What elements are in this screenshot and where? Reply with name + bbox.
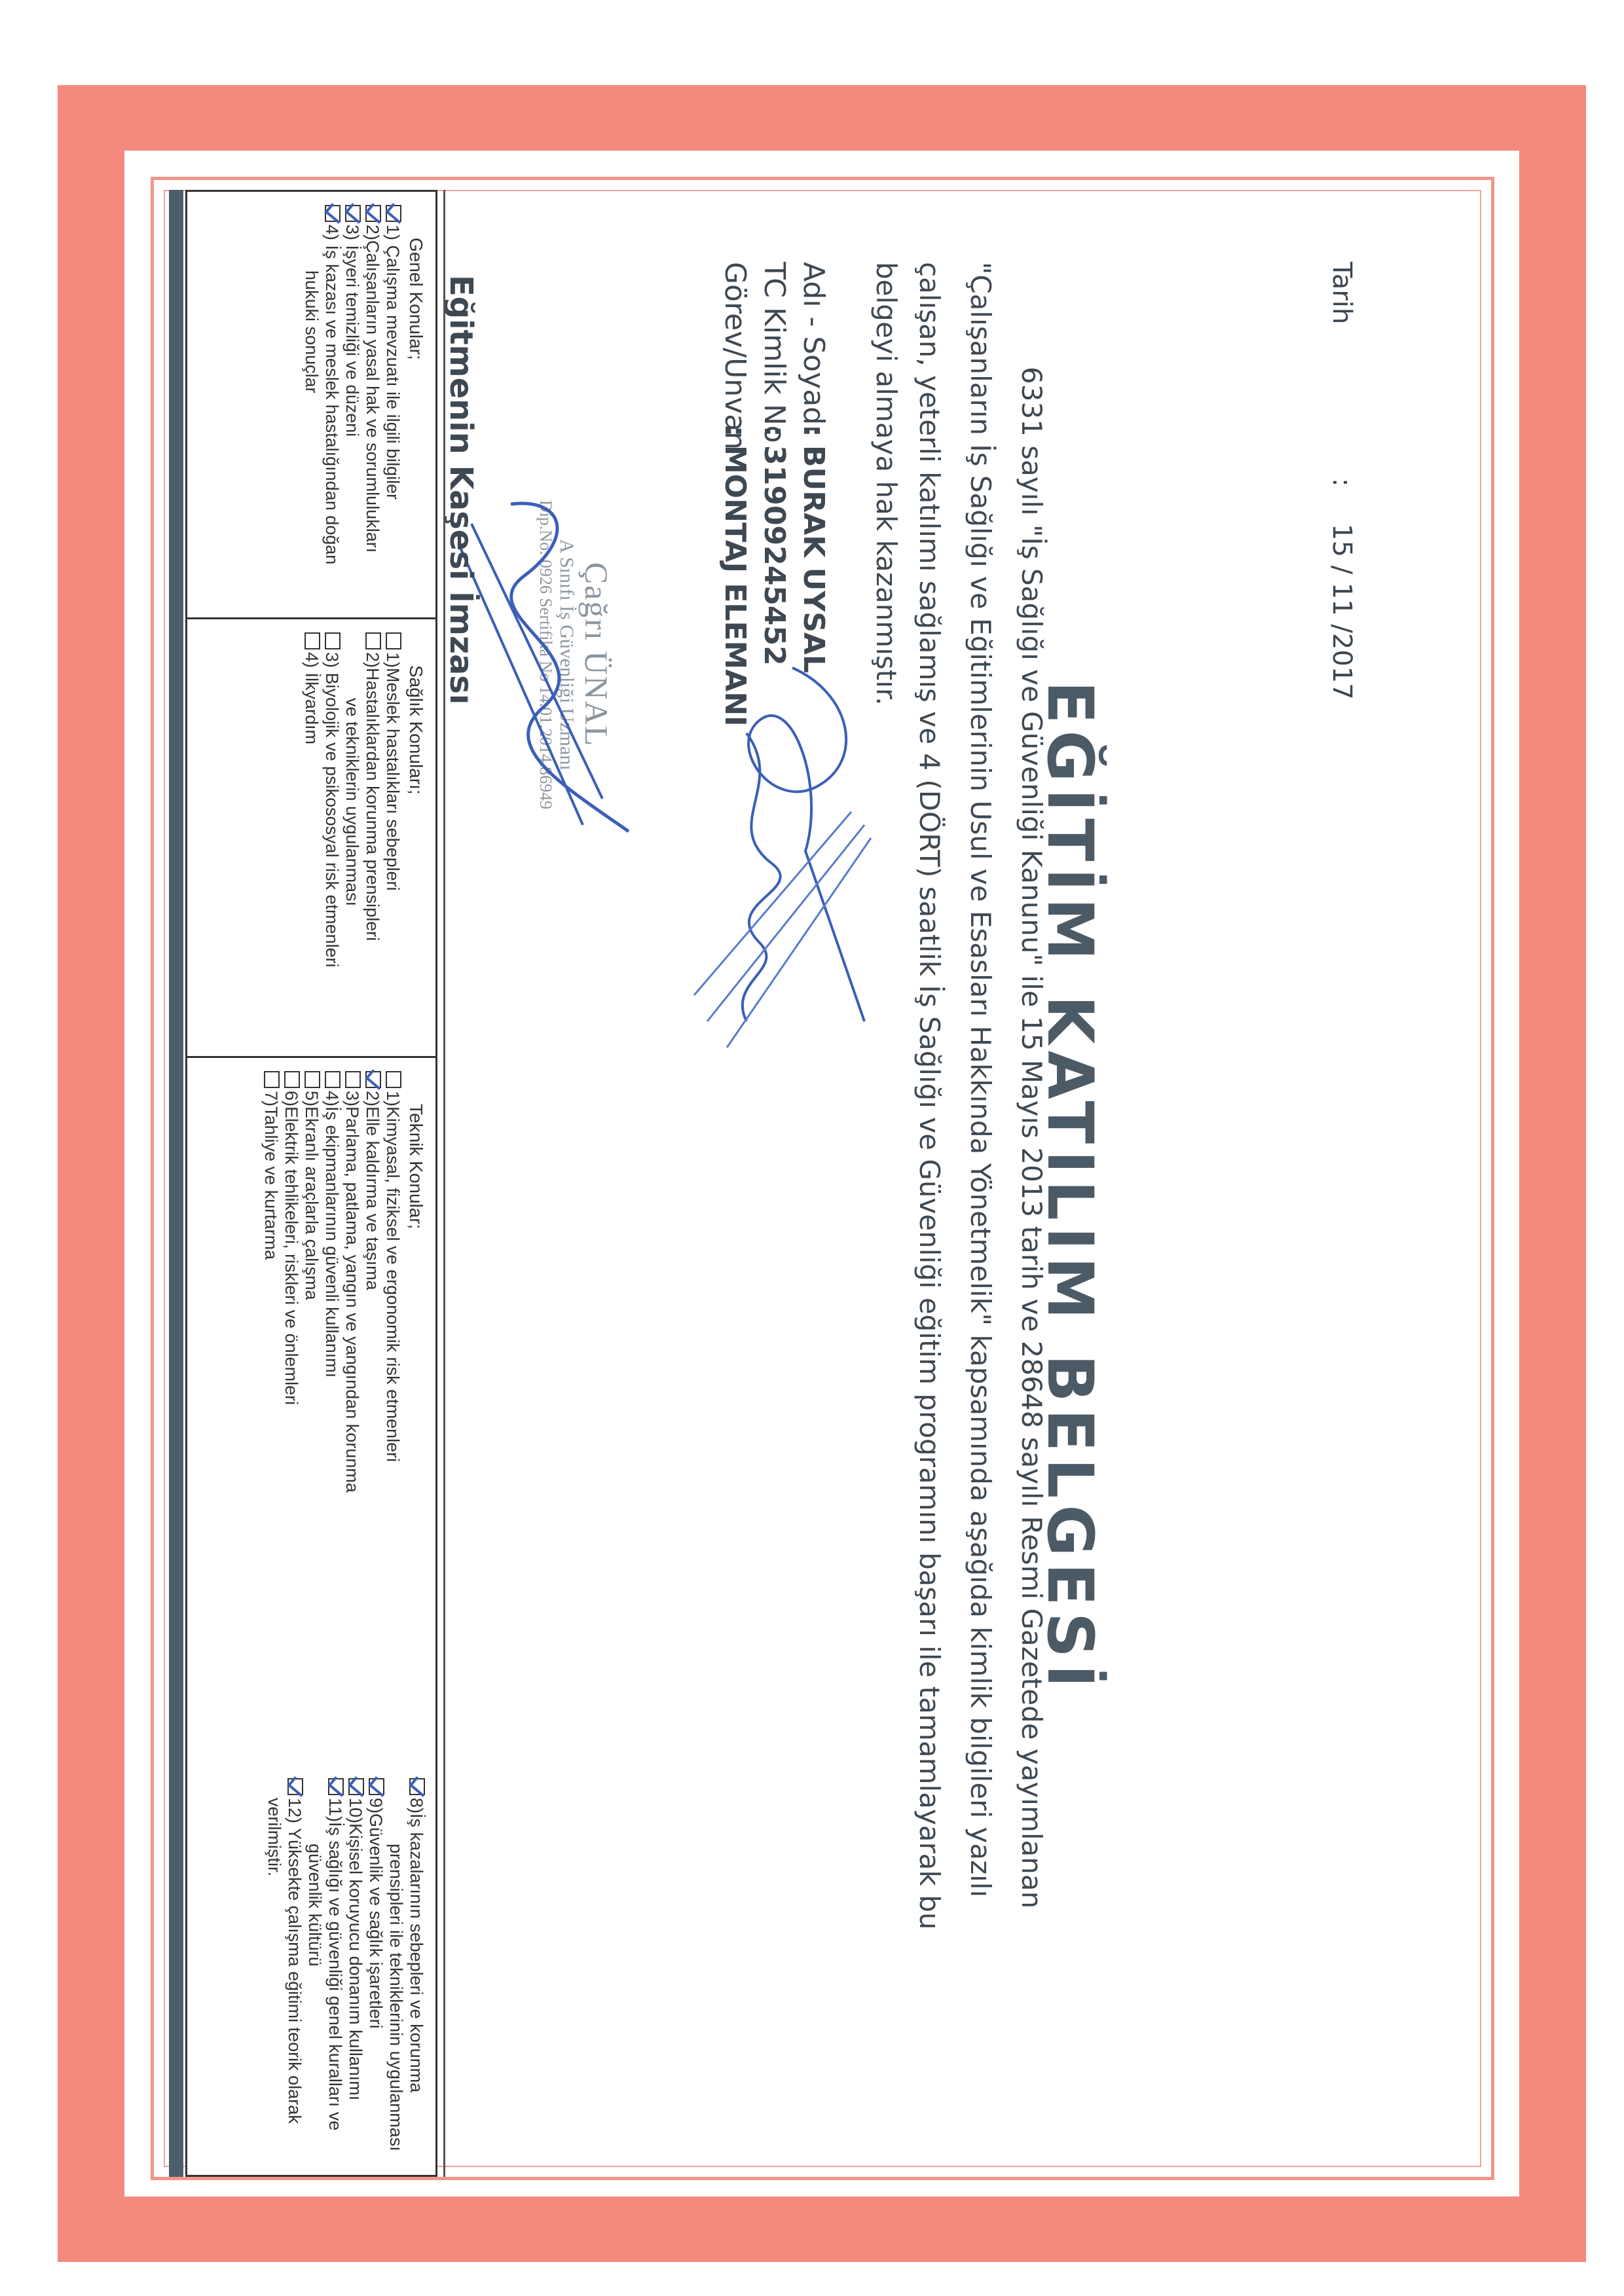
topic-label: 2)Elle kaldırma ve taşıma <box>362 1091 382 1290</box>
topic-label: 2)Hastalıklardan korunma prensipleri <box>362 652 382 941</box>
topic-label: 12) Yüksekte çalışma eğitimi teorik olar… <box>264 1798 304 2171</box>
general-topic-item: 2)Çalışanların yasal hak ve sorumlulukla… <box>362 205 382 604</box>
participant-role-row: Görev/Unvan:MONTAJ ELEMANI <box>718 262 752 727</box>
topic-label: 1)Kimyasal, fiziksel ve ergonomik risk e… <box>382 1091 403 1462</box>
table-top-rule <box>443 190 445 2177</box>
checkbox[interactable] <box>264 1071 280 1088</box>
technical-topic-item: 6)Elektrik tehlikeleri, riskleri ve önle… <box>281 1071 301 1765</box>
body-line-4: belgeyi almaya hak kazanmıştır. <box>870 262 902 2160</box>
checkbox[interactable] <box>304 632 320 649</box>
technical-topic-item: 10)Kişisel koruyucu donanım kullanımı <box>345 1778 365 2171</box>
checkbox[interactable] <box>345 1071 361 1088</box>
participant-id-row: TC Kimlik No:31909245452 <box>758 262 791 666</box>
date-colon: : <box>1327 478 1357 486</box>
general-topics-column: Genel Konular; 1) Çalışma mevzuatı ile i… <box>187 192 435 617</box>
checkbox[interactable] <box>365 1071 381 1088</box>
stamp-name: Çağrı ÜNAL <box>578 471 616 838</box>
topic-label: 8)İş kazalarının sebepleri ve korunma <box>406 1798 426 2092</box>
topic-label-continued: hukuki sonuçlar <box>301 205 322 604</box>
topic-label: 4) İş kazası ve meslek hastalığından doğ… <box>322 225 342 564</box>
table-bottom-bar <box>169 190 183 2177</box>
stamp-title: A Sınıfı İş Güvenliği Uzmanı <box>555 471 578 838</box>
id-value: 31909245452 <box>758 445 791 666</box>
technical-topics-heading: Teknik Konular; <box>405 1104 426 1765</box>
general-topics-heading: Genel Konular; <box>405 238 426 604</box>
topic-label: 3)Parlama, patlama, yangın ve yangından … <box>342 1091 362 1493</box>
checkbox[interactable] <box>348 1778 364 1795</box>
topic-label: 4) İlkyardım <box>301 652 322 744</box>
topic-label-continued: ve tekniklerin uygulanması <box>342 632 362 1043</box>
technical-topic-item: 12) Yüksekte çalışma eğitimi teorik olar… <box>264 1778 304 2171</box>
technical-topic-item: 7)Tahliye ve kurtarma <box>261 1071 281 1765</box>
technical-topic-item: 9)Güvenlik ve sağlık işaretleri <box>365 1778 386 2171</box>
topic-label: 4)İş ekipmanlarının güvenli kullanımı <box>322 1091 342 1377</box>
topic-label: 6)Elektrik tehlikeleri, riskleri ve önle… <box>281 1091 301 1405</box>
topic-label: 3) İşyeri temizliği ve düzeni <box>342 225 362 437</box>
role-label: Görev/Unvan <box>718 262 752 426</box>
checkbox[interactable] <box>365 632 381 649</box>
technical-topic-item: 11)İş sağlığı ve güvenliği genel kuralla… <box>325 1778 345 2171</box>
topic-label: 7)Tahliye ve kurtarma <box>261 1091 281 1260</box>
technical-topic-item: 3)Parlama, patlama, yangın ve yangından … <box>342 1071 362 1765</box>
health-topic-item: 4) İlkyardım <box>301 632 322 1043</box>
name-label: Adı - Soyadı <box>797 262 830 426</box>
role-value: MONTAJ ELEMANI <box>718 445 752 727</box>
checkbox[interactable] <box>345 205 361 222</box>
checkbox[interactable] <box>325 632 341 649</box>
health-topics-column: Sağlık Konuları; 1)Meslek hastalıkları s… <box>187 617 435 1056</box>
health-topics-heading: Sağlık Konuları; <box>405 665 426 1043</box>
topic-label: 11)İş sağlığı ve güvenliği genel kuralla… <box>325 1798 345 2130</box>
body-line-1: 6331 sayılı "İş Sağlığı ve Güvenliği Kan… <box>1016 367 1048 2265</box>
topic-label: 1)Meslek hastalıkları sebepleri <box>382 652 403 891</box>
topic-label: 2)Çalışanların yasal hak ve sorumlulukla… <box>362 225 382 553</box>
checkbox[interactable] <box>365 205 381 222</box>
topic-label-continued: güvenlik kültürü <box>304 1778 325 2171</box>
checkbox[interactable] <box>325 205 341 222</box>
topic-label-continued: prensipleri ile tekniklerinin uygulanmas… <box>386 1778 406 2171</box>
topic-label: 1) Çalışma mevzuatı ile ilgili bilgiler <box>382 225 403 500</box>
checkbox[interactable] <box>386 1071 401 1088</box>
technical-topics-column: Teknik Konular; 1)Kimyasal, fiziksel ve … <box>187 1056 435 2177</box>
name-value: BURAK UYSAL <box>797 445 830 673</box>
technical-topic-item: 5)Ekranlı araçlarla çalışma <box>301 1071 322 1765</box>
checkbox[interactable] <box>284 1071 300 1088</box>
topic-label: 5)Ekranlı araçlarla çalışma <box>301 1091 322 1300</box>
checkbox[interactable] <box>287 1778 303 1795</box>
health-topic-item: 2)Hastalıklardan korunma prensipleri <box>362 632 382 1043</box>
checkbox[interactable] <box>369 1778 384 1795</box>
date-value: 15 / 11 /2017 <box>1327 524 1357 700</box>
stamp-doc-no: Dip.No: 0926 Sertifika No 14.01.2014.869… <box>536 471 555 838</box>
certificate-page: Tarih : 15 / 11 /2017 EĞİTİM KATILIM BEL… <box>0 0 1624 2296</box>
topic-label: 9)Güvenlik ve sağlık işaretleri <box>365 1798 386 2029</box>
topic-label: 3) Biyolojik ve psikososyal risk etmenle… <box>322 652 342 968</box>
general-topic-item: 1) Çalışma mevzuatı ile ilgili bilgiler <box>382 205 403 604</box>
checkbox[interactable] <box>304 1071 320 1088</box>
general-topic-item: 3) İşyeri temizliği ve düzeni <box>342 205 362 604</box>
technical-topic-item: 2)Elle kaldırma ve taşıma <box>362 1071 382 1765</box>
topic-label: 10)Kişisel koruyucu donanım kullanımı <box>345 1798 365 2100</box>
topics-table: Genel Konular; 1) Çalışma mevzuatı ile i… <box>185 190 437 2177</box>
checkbox[interactable] <box>386 205 401 222</box>
technical-topic-item: 4)İş ekipmanlarının güvenli kullanımı <box>322 1071 342 1765</box>
health-topic-item: 1)Meslek hastalıkları sebepleri <box>382 632 403 1043</box>
body-line-3: çalışan, yeterli katılımı sağlamış ve 4 … <box>913 262 946 2160</box>
id-label: TC Kimlik No <box>758 262 791 426</box>
trainer-stamp: Çağrı ÜNAL A Sınıfı İş Güvenliği Uzmanı … <box>536 471 616 838</box>
health-topic-item: 3) Biyolojik ve psikososyal risk etmenle… <box>322 632 342 1043</box>
trainer-stamp-label: Eğitmenin Kaşesi İmzası <box>443 275 479 704</box>
body-line-2: "Çalışanların İş Sağlığı ve Eğitimlerini… <box>965 262 997 2160</box>
checkbox[interactable] <box>409 1778 425 1795</box>
participant-name-row: Adı - Soyadı:BURAK UYSAL <box>797 262 830 673</box>
checkbox[interactable] <box>386 632 401 649</box>
checkbox[interactable] <box>328 1778 344 1795</box>
date-label: Tarih <box>1327 262 1357 393</box>
technical-topic-item: 1)Kimyasal, fiziksel ve ergonomik risk e… <box>382 1071 403 1765</box>
technical-topic-item: 8)İş kazalarının sebepleri ve korunma <box>406 1778 426 2171</box>
general-topic-item: 4) İş kazası ve meslek hastalığından doğ… <box>322 205 342 604</box>
checkbox[interactable] <box>325 1071 341 1088</box>
